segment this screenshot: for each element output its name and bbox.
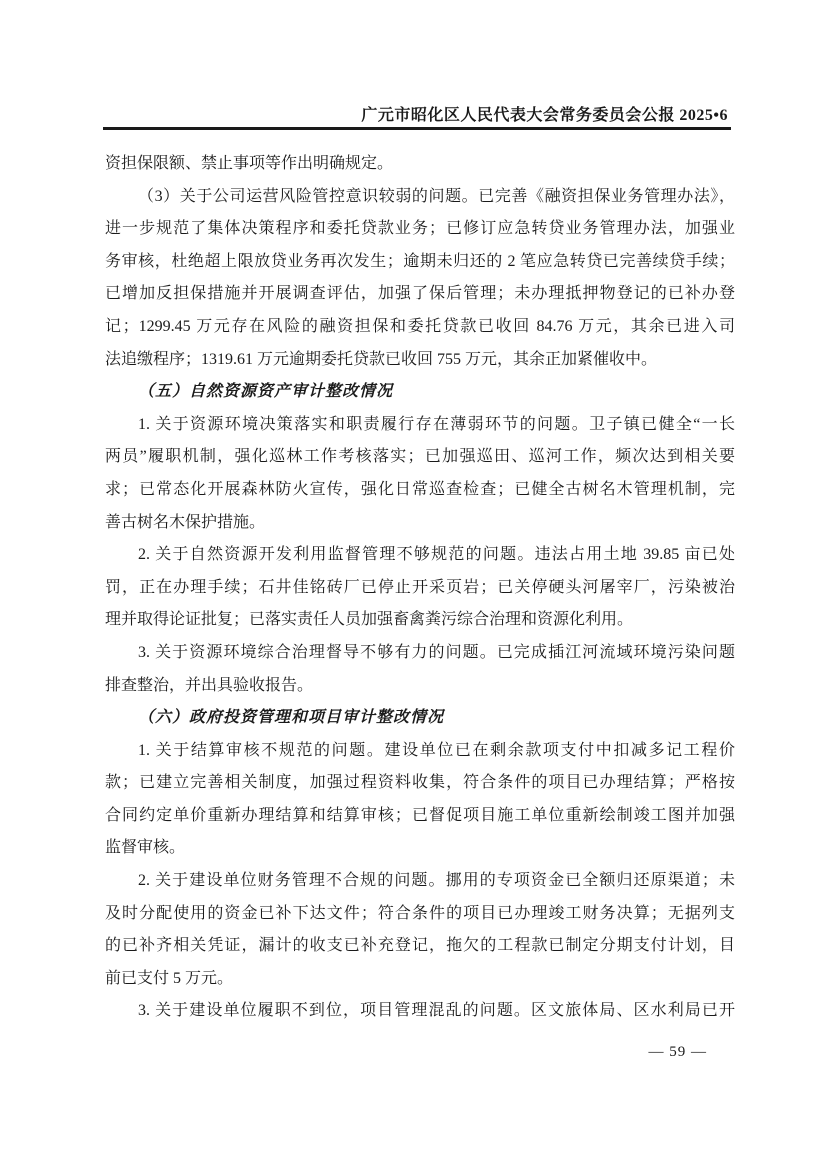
text-line: 两员”履职机制，强化巡林工作考核落实；已加强巡田、巡河工作，频次达到相关要 [105, 441, 735, 474]
text-line: 2. 关于自然资源开发利用监督管理不够规范的问题。违法占用土地 39.85 亩已… [105, 539, 735, 572]
text-line: 前已支付 5 万元。 [105, 963, 735, 996]
text-line: 已增加反担保措施并开展调查评估，加强了保后管理；未办理抵押物登记的已补办登 [105, 278, 735, 311]
section-heading: （五）自然资源资产审计整改情况 [105, 376, 735, 409]
text-line: 善古树名木保护措施。 [105, 507, 735, 540]
text-line: 罚，正在办理手续；石井佳铭砖厂已停止开采页岩；已关停硬头河屠宰厂，污染被治 [105, 572, 735, 605]
bulletin-header-title: 广元市昭化区人民代表大会常务委员会公报 2025•6 [103, 102, 728, 125]
text-line: 2. 关于建设单位财务管理不合规的问题。挪用的专项资金已全额归还原渠道；未 [105, 865, 735, 898]
page-number: — 59 — [649, 1044, 708, 1061]
text-line: 1. 关于资源环境决策落实和职责履行存在薄弱环节的问题。卫子镇已健全“一长 [105, 409, 735, 442]
text-line: （3）关于公司运营风险管控意识较弱的问题。已完善《融资担保业务管理办法》， [105, 181, 735, 214]
text-line: 3. 关于资源环境综合治理督导不够有力的问题。已完成插江河流域环境污染问题 [105, 637, 735, 670]
text-line: 理并取得论证批复；已落实责任人员加强畜禽粪污综合治理和资源化利用。 [105, 604, 735, 637]
text-line: 1. 关于结算审核不规范的问题。建设单位已在剩余款项支付中扣减多记工程价 [105, 735, 735, 768]
section-heading: （六）政府投资管理和项目审计整改情况 [105, 702, 735, 735]
header-divider-rule [103, 127, 731, 130]
text-line: 务审核，杜绝超上限放贷业务再次发生；逾期未归还的 2 笔应急转贷已完善续贷手续； [105, 246, 735, 279]
document-page: 广元市昭化区人民代表大会常务委员会公报 2025•6 资担保限额、禁止事项等作出… [0, 0, 827, 1170]
text-line: 求；已常态化开展森林防火宣传，强化日常巡查检查；已健全古树名木管理机制，完 [105, 474, 735, 507]
text-line: 合同约定单价重新办理结算和结算审核；已督促项目施工单位重新绘制竣工图并加强 [105, 800, 735, 833]
text-line: 法追缴程序；1319.61 万元逾期委托贷款已收回 755 万元，其余正加紧催收… [105, 344, 735, 377]
text-line: 款；已建立完善相关制度，加强过程资料收集，符合条件的项目已办理结算；严格按 [105, 767, 735, 800]
text-line: 3. 关于建设单位履职不到位，项目管理混乱的问题。区文旅体局、区水利局已开 [105, 995, 735, 1028]
text-line: 及时分配使用的资金已补下达文件；符合条件的项目已办理竣工财务决算；无据列支 [105, 898, 735, 931]
text-line: 的已补齐相关凭证，漏计的收支已补充登记，拖欠的工程款已制定分期支付计划，目 [105, 930, 735, 963]
text-line: 资担保限额、禁止事项等作出明确规定。 [105, 148, 735, 181]
text-line: 监督审核。 [105, 832, 735, 865]
text-line: 记；1299.45 万元存在风险的融资担保和委托贷款已收回 84.76 万元，其… [105, 311, 735, 344]
text-line: 进一步规范了集体决策程序和委托贷款业务；已修订应急转贷业务管理办法，加强业 [105, 213, 735, 246]
text-line: 排查整治，并出具验收报告。 [105, 670, 735, 703]
document-body: 资担保限额、禁止事项等作出明确规定。（3）关于公司运营风险管控意识较弱的问题。已… [105, 148, 735, 1028]
